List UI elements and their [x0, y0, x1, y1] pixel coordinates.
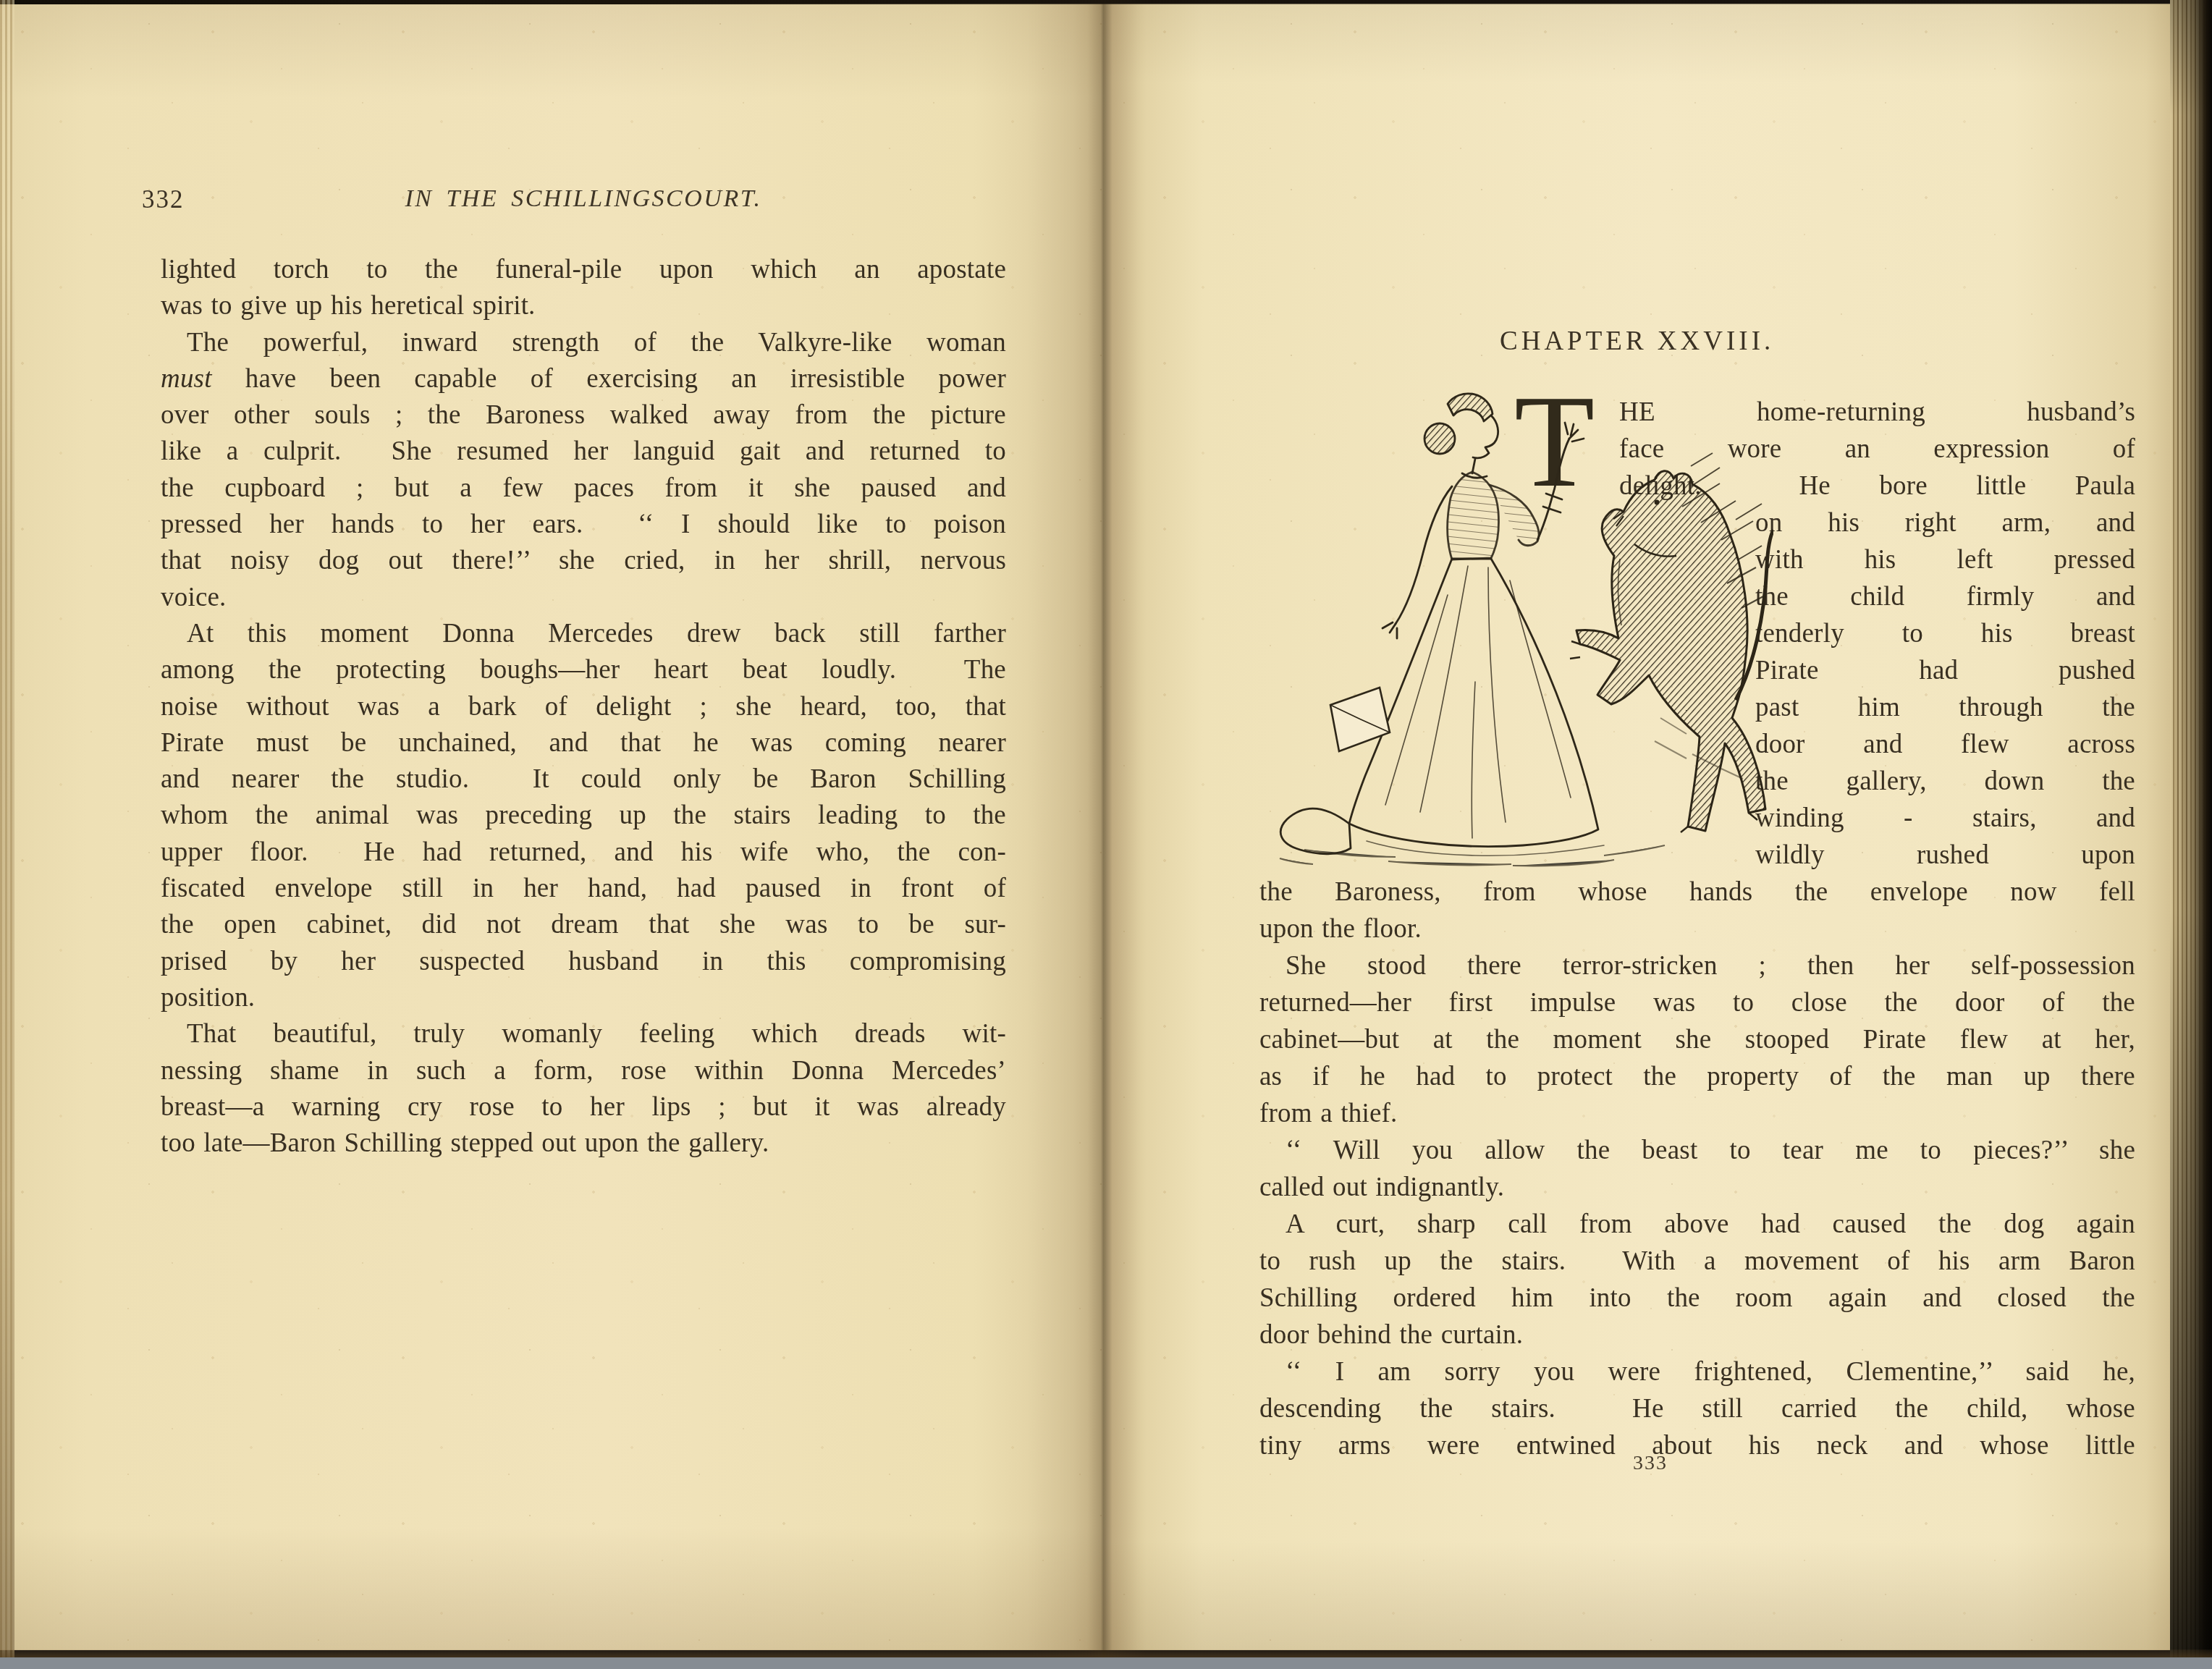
text-line: the open cabinet, did not dream that she… — [161, 907, 1006, 943]
text-line: the Baroness, from whose hands the envel… — [1259, 874, 2135, 910]
text-line: on his right arm, and — [1755, 504, 2135, 541]
text-line: whom the animal was preceding up the sta… — [161, 798, 1006, 834]
text-line: She stood there terror-stricken ; then h… — [1259, 947, 2135, 984]
text-line: with his left pressed — [1755, 541, 2135, 578]
text-line: the child firmly and — [1755, 578, 2135, 615]
illustration-woman-and-dog — [1258, 378, 1773, 877]
text-line: position. — [161, 980, 1006, 1016]
text-line: the gallery, down the — [1755, 763, 2135, 800]
text-line: upon the floor. — [1259, 910, 2135, 947]
woman-figure — [1280, 394, 1604, 855]
text-line: must have been capable of exercising an … — [161, 361, 1006, 397]
running-title: IN THE SCHILLINGSCOURT. — [161, 185, 1006, 213]
text-line: was to give up his heretical spirit. — [161, 288, 1006, 324]
text-line: tenderly to his breast — [1755, 615, 2135, 652]
text-line: cabinet—but at the moment she stooped Pi… — [1259, 1021, 2135, 1058]
text-line: fiscated envelope still in her hand, had… — [161, 871, 1006, 907]
left-page-text: lighted torch to the funeral-pile upon w… — [161, 252, 1006, 1162]
dog-figure — [1570, 471, 1773, 832]
text-line: wildly rushed upon — [1755, 837, 2135, 874]
text-line: upper floor. He had returned, and his wi… — [161, 834, 1006, 871]
text-line: ‘‘ I am sorry you were frightened, Cleme… — [1259, 1353, 2135, 1390]
text-line: A curt, sharp call from above had caused… — [1259, 1206, 2135, 1243]
chapter-heading: CHAPTER XXVIII. — [1500, 326, 1774, 357]
right-page-number: 333 — [1563, 1452, 1737, 1475]
right-page-text-full: the Baroness, from whose hands the envel… — [1259, 874, 2135, 1464]
text-line: Pirate had pushed — [1755, 652, 2135, 689]
text-line: called out indignantly. — [1259, 1169, 2135, 1206]
text-line: ‘‘ Will you allow the beast to tear me t… — [1259, 1132, 2135, 1169]
text-line: door behind the curtain. — [1259, 1317, 2135, 1353]
text-line: to rush up the stairs. With a movement o… — [1259, 1243, 2135, 1280]
text-line: The powerful, inward strength of the Val… — [161, 325, 1006, 361]
right-page-text-narrow: on his right arm, andwith his left press… — [1755, 504, 2135, 874]
text-line: noise without was a bark of delight ; sh… — [161, 689, 1006, 725]
text-line: Schilling ordered him into the room agai… — [1259, 1280, 2135, 1317]
text-line: past him through the — [1755, 689, 2135, 726]
text-line: breast—a warning cry rose to her lips ; … — [161, 1089, 1006, 1125]
envelope — [1330, 688, 1390, 751]
text-line: from a thief. — [1259, 1095, 2135, 1132]
text-line: winding - stairs, and — [1755, 800, 2135, 837]
page-edges-left — [0, 0, 14, 1657]
text-line: descending the stairs. He still carried … — [1259, 1390, 2135, 1427]
text-line: door and flew across — [1755, 726, 2135, 763]
text-line: pressed her hands to her ears. ‘‘ I shou… — [161, 507, 1006, 543]
text-line: nessing shame in such a form, rose withi… — [161, 1053, 1006, 1089]
text-line: like a culprit. She resumed her languid … — [161, 434, 1006, 470]
text-line: too late—Baron Schilling stepped out upo… — [161, 1125, 1006, 1162]
text-line: as if he had to protect the property of … — [1259, 1058, 2135, 1095]
book-bottom-edge — [0, 1649, 2212, 1657]
text-line: prised by her suspected husband in this … — [161, 944, 1006, 980]
text-line: voice. — [161, 580, 1006, 616]
text-line: over other souls ; the Baroness walked a… — [161, 397, 1006, 434]
scan-top-edge — [0, 0, 2212, 4]
text-line: At this moment Donna Mercedes drew back … — [161, 616, 1006, 652]
text-line: among the protecting boughs—her heart be… — [161, 652, 1006, 688]
book-scan: 332 IN THE SCHILLINGSCOURT. lighted torc… — [0, 0, 2212, 1669]
text-line: that noisy dog out there!’’ she cried, i… — [161, 543, 1006, 579]
page-edges-right — [2170, 0, 2212, 1657]
text-line: returned—her first impulse was to close … — [1259, 984, 2135, 1021]
text-line: That beautiful, truly womanly feeling wh… — [161, 1016, 1006, 1052]
text-line: Pirate must be unchained, and that he wa… — [161, 725, 1006, 761]
text-line: and nearer the studio. It could only be … — [161, 761, 1006, 798]
scanner-background-strip — [0, 1657, 2212, 1669]
text-line: the cupboard ; but a few paces from it s… — [161, 470, 1006, 507]
text-line: lighted torch to the funeral-pile upon w… — [161, 252, 1006, 288]
